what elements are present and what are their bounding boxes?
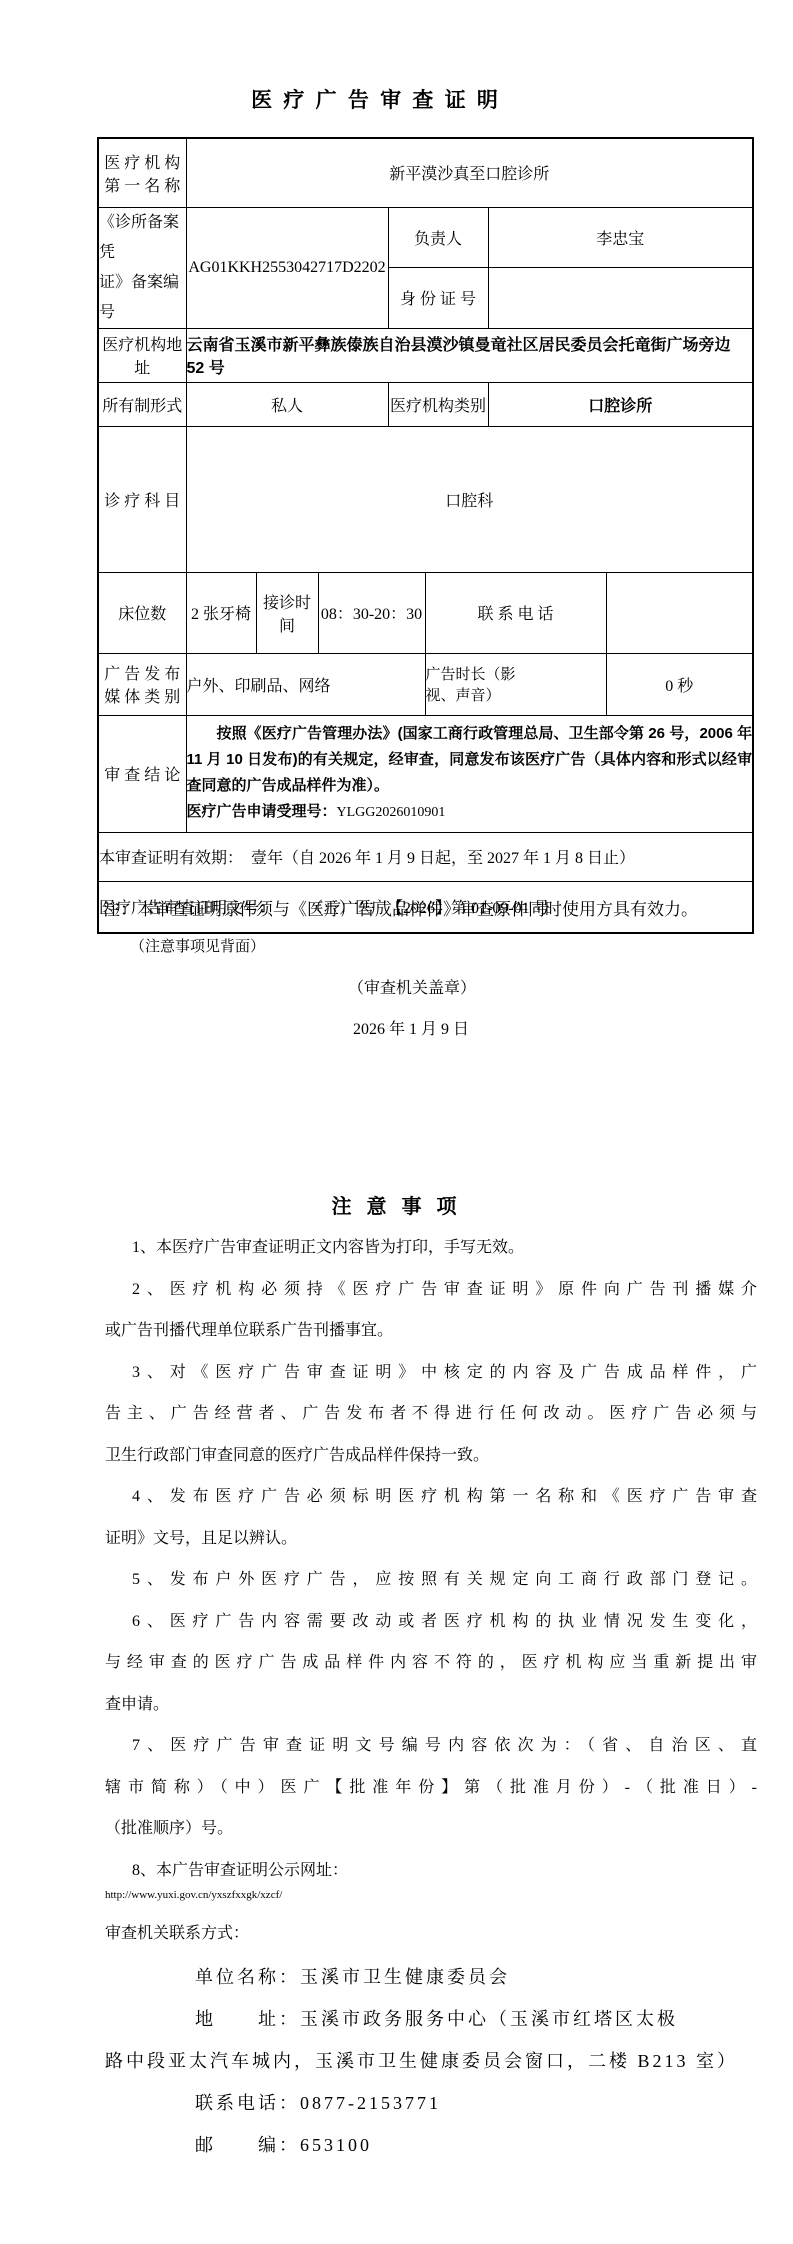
table-row: 审 查 结 论 按照《医疗广告管理办法》(国家工商行政管理总局、卫生部令第 26… xyxy=(98,715,753,832)
record-label: 《诊所备案凭 证》备案编号 xyxy=(98,207,186,328)
notice-line: 7、医疗广告审查证明文号编号内容依次为：（省、自治区、直 xyxy=(105,1725,757,1767)
table-row: 所有制形式 私人 医疗机构类别 口腔诊所 xyxy=(98,382,753,426)
notice-line: 告主、广告经营者、广告发布者不得进行任何改动。医疗广告必须与 xyxy=(105,1393,757,1435)
beds-label: 床位数 xyxy=(98,572,186,653)
notice-line: 1、本医疗广告审查证明正文内容皆为打印，手写无效。 xyxy=(105,1227,757,1269)
validity-value: 壹年（自 2026 年 1 月 9 日起，至 2027 年 1 月 8 日止） xyxy=(251,850,635,867)
contact-heading: 审查机关联系方式： xyxy=(105,1920,249,1943)
hours-label: 接诊时间 xyxy=(256,572,318,653)
phone-value xyxy=(606,572,753,653)
address-value: 云南省玉溪市新平彝族傣族自治县漠沙镇曼竜社区居民委员会托竜街广场旁边 52 号 xyxy=(186,328,753,382)
table-row: 床位数 2 张牙椅 接诊时间 08：30-20：30 联 系 电 话 xyxy=(98,572,753,653)
original-use-note: 注：本审查证明原件须与《医疗广告成品样件》审查原件同时使用方具有效力。 xyxy=(103,895,698,920)
id-value xyxy=(488,268,753,329)
notice-line: 卫生行政部门审查同意的医疗广告成品样件保持一致。 xyxy=(105,1435,757,1477)
duration-value: 0 秒 xyxy=(606,653,753,715)
table-row: 诊 疗 科 目 口腔科 xyxy=(98,426,753,572)
notice-line: 4、发布医疗广告必须标明医疗机构第一名称和《医疗广告审查 xyxy=(105,1476,757,1518)
validity-label: 本审查证明有效期： xyxy=(99,850,243,867)
seal-placeholder: （审查机关盖章） xyxy=(348,975,476,998)
public-url: http://www.yuxi.gov.cn/yxszfxxgk/xzcf/ xyxy=(105,1889,282,1901)
category-label: 医疗机构类别 xyxy=(388,382,488,426)
media-value: 户外、印刷品、网络 xyxy=(186,653,425,715)
conclusion-cell: 按照《医疗广告管理办法》(国家工商行政管理总局、卫生部令第 26 号，2006 … xyxy=(186,715,753,832)
duration-label: 广告时长（影 视、声音） xyxy=(425,653,606,715)
table-row: 医疗机构地址 云南省玉溪市新平彝族傣族自治县漠沙镇曼竜社区居民委员会托竜街广场旁… xyxy=(98,328,753,382)
see-back-note: （注意事项见背面） xyxy=(130,935,265,956)
org-name-label: 医 疗 机 构 第 一 名 称 xyxy=(98,138,186,207)
contact-line: 地 址：玉溪市政务服务中心（玉溪市红塔区太极 xyxy=(105,1998,765,2040)
acceptance-label: 医疗广告申请受理号： xyxy=(187,803,337,820)
notice-line: 6、医疗广告内容需要改动或者医疗机构的执业情况发生变化， xyxy=(105,1601,757,1643)
id-label: 身 份 证 号 xyxy=(388,268,488,329)
principal-value: 李忠宝 xyxy=(488,207,753,268)
contact-line: 单位名称：玉溪市卫生健康委员会 xyxy=(105,1956,765,1998)
table-row: 广 告 发 布 媒 体 类 别 户外、印刷品、网络 广告时长（影 视、声音） 0… xyxy=(98,653,753,715)
notice-line: 2、医疗机构必须持《医疗广告审查证明》原件向广告刊播媒介 xyxy=(105,1269,757,1311)
address-label: 医疗机构地址 xyxy=(98,328,186,382)
category-value: 口腔诊所 xyxy=(488,382,753,426)
validity-cell: 本审查证明有效期：壹年（自 2026 年 1 月 9 日起，至 2027 年 1… xyxy=(98,832,753,881)
notice-line: 或广告刊播代理单位联系广告刊播事宜。 xyxy=(105,1310,757,1352)
notice-line: 5、发布户外医疗广告，应按照有关规定向工商行政部门登记。 xyxy=(105,1559,757,1601)
notice-line: 与经审查的医疗广告成品样件内容不符的，医疗机构应当重新提出审 xyxy=(105,1642,757,1684)
certificate-table: 医 疗 机 构 第 一 名 称 新平漠沙真至口腔诊所 《诊所备案凭 证》备案编号… xyxy=(97,137,754,934)
ownership-label: 所有制形式 xyxy=(98,382,186,426)
notice-items: 1、本医疗广告审查证明正文内容皆为打印，手写无效。2、医疗机构必须持《医疗广告审… xyxy=(105,1227,757,1891)
notice-line: 查申请。 xyxy=(105,1684,757,1726)
record-no-value: AG01KKH2553042717D2202 xyxy=(186,207,388,328)
hours-value: 08：30-20：30 xyxy=(318,572,425,653)
conclusion-text: 按照《医疗广告管理办法》(国家工商行政管理总局、卫生部令第 26 号，2006 … xyxy=(187,721,753,799)
ownership-value: 私人 xyxy=(186,382,388,426)
principal-label: 负责人 xyxy=(388,207,488,268)
certificate-page: 医 疗 广 告 审 查 证 明 医 疗 机 构 第 一 名 称 新平漠沙真至口腔… xyxy=(0,0,793,2244)
media-label: 广 告 发 布 媒 体 类 别 xyxy=(98,653,186,715)
table-row: 本审查证明有效期：壹年（自 2026 年 1 月 9 日起，至 2027 年 1… xyxy=(98,832,753,881)
conclusion-label: 审 查 结 论 xyxy=(98,715,186,832)
table-row: 医 疗 机 构 第 一 名 称 新平漠沙真至口腔诊所 xyxy=(98,138,753,207)
org-name-value: 新平漠沙真至口腔诊所 xyxy=(186,138,753,207)
phone-label: 联 系 电 话 xyxy=(425,572,606,653)
acceptance-line: 医疗广告申请受理号：YLGG2026010901 xyxy=(187,799,753,826)
departments-label: 诊 疗 科 目 xyxy=(98,426,186,572)
contact-line: 邮 编：653100 xyxy=(105,2124,765,2166)
table-row: 《诊所备案凭 证》备案编号 AG01KKH2553042717D2202 负责人… xyxy=(98,207,753,268)
certificate-date: 2026 年 1 月 9 日 xyxy=(353,1016,469,1039)
notice-line: 8、本广告审查证明公示网址： xyxy=(105,1850,757,1892)
notice-line: 辖市简称）（中）医广【批准年份】第（批准月份）-（批准日）- xyxy=(105,1767,757,1809)
notice-line: 证明》文号，且足以辨认。 xyxy=(105,1518,757,1560)
notice-line: 3、对《医疗广告审查证明》中核定的内容及广告成品样件，广 xyxy=(105,1352,757,1394)
page-title: 医 疗 广 告 审 查 证 明 xyxy=(0,84,752,114)
departments-value: 口腔科 xyxy=(186,426,753,572)
beds-value: 2 张牙椅 xyxy=(186,572,256,653)
contact-block: 单位名称：玉溪市卫生健康委员会地 址：玉溪市政务服务中心（玉溪市红塔区太极路中段… xyxy=(105,1956,765,2166)
notice-heading: 注 意 事 项 xyxy=(0,1190,793,1219)
notice-line: （批准顺序）号。 xyxy=(105,1808,757,1850)
contact-line: 路中段亚太汽车城内，玉溪市卫生健康委员会窗口，二楼 B213 室） xyxy=(105,2040,765,2082)
acceptance-no: YLGG2026010901 xyxy=(337,805,446,820)
contact-line: 联系电话：0877-2153771 xyxy=(105,2082,765,2124)
